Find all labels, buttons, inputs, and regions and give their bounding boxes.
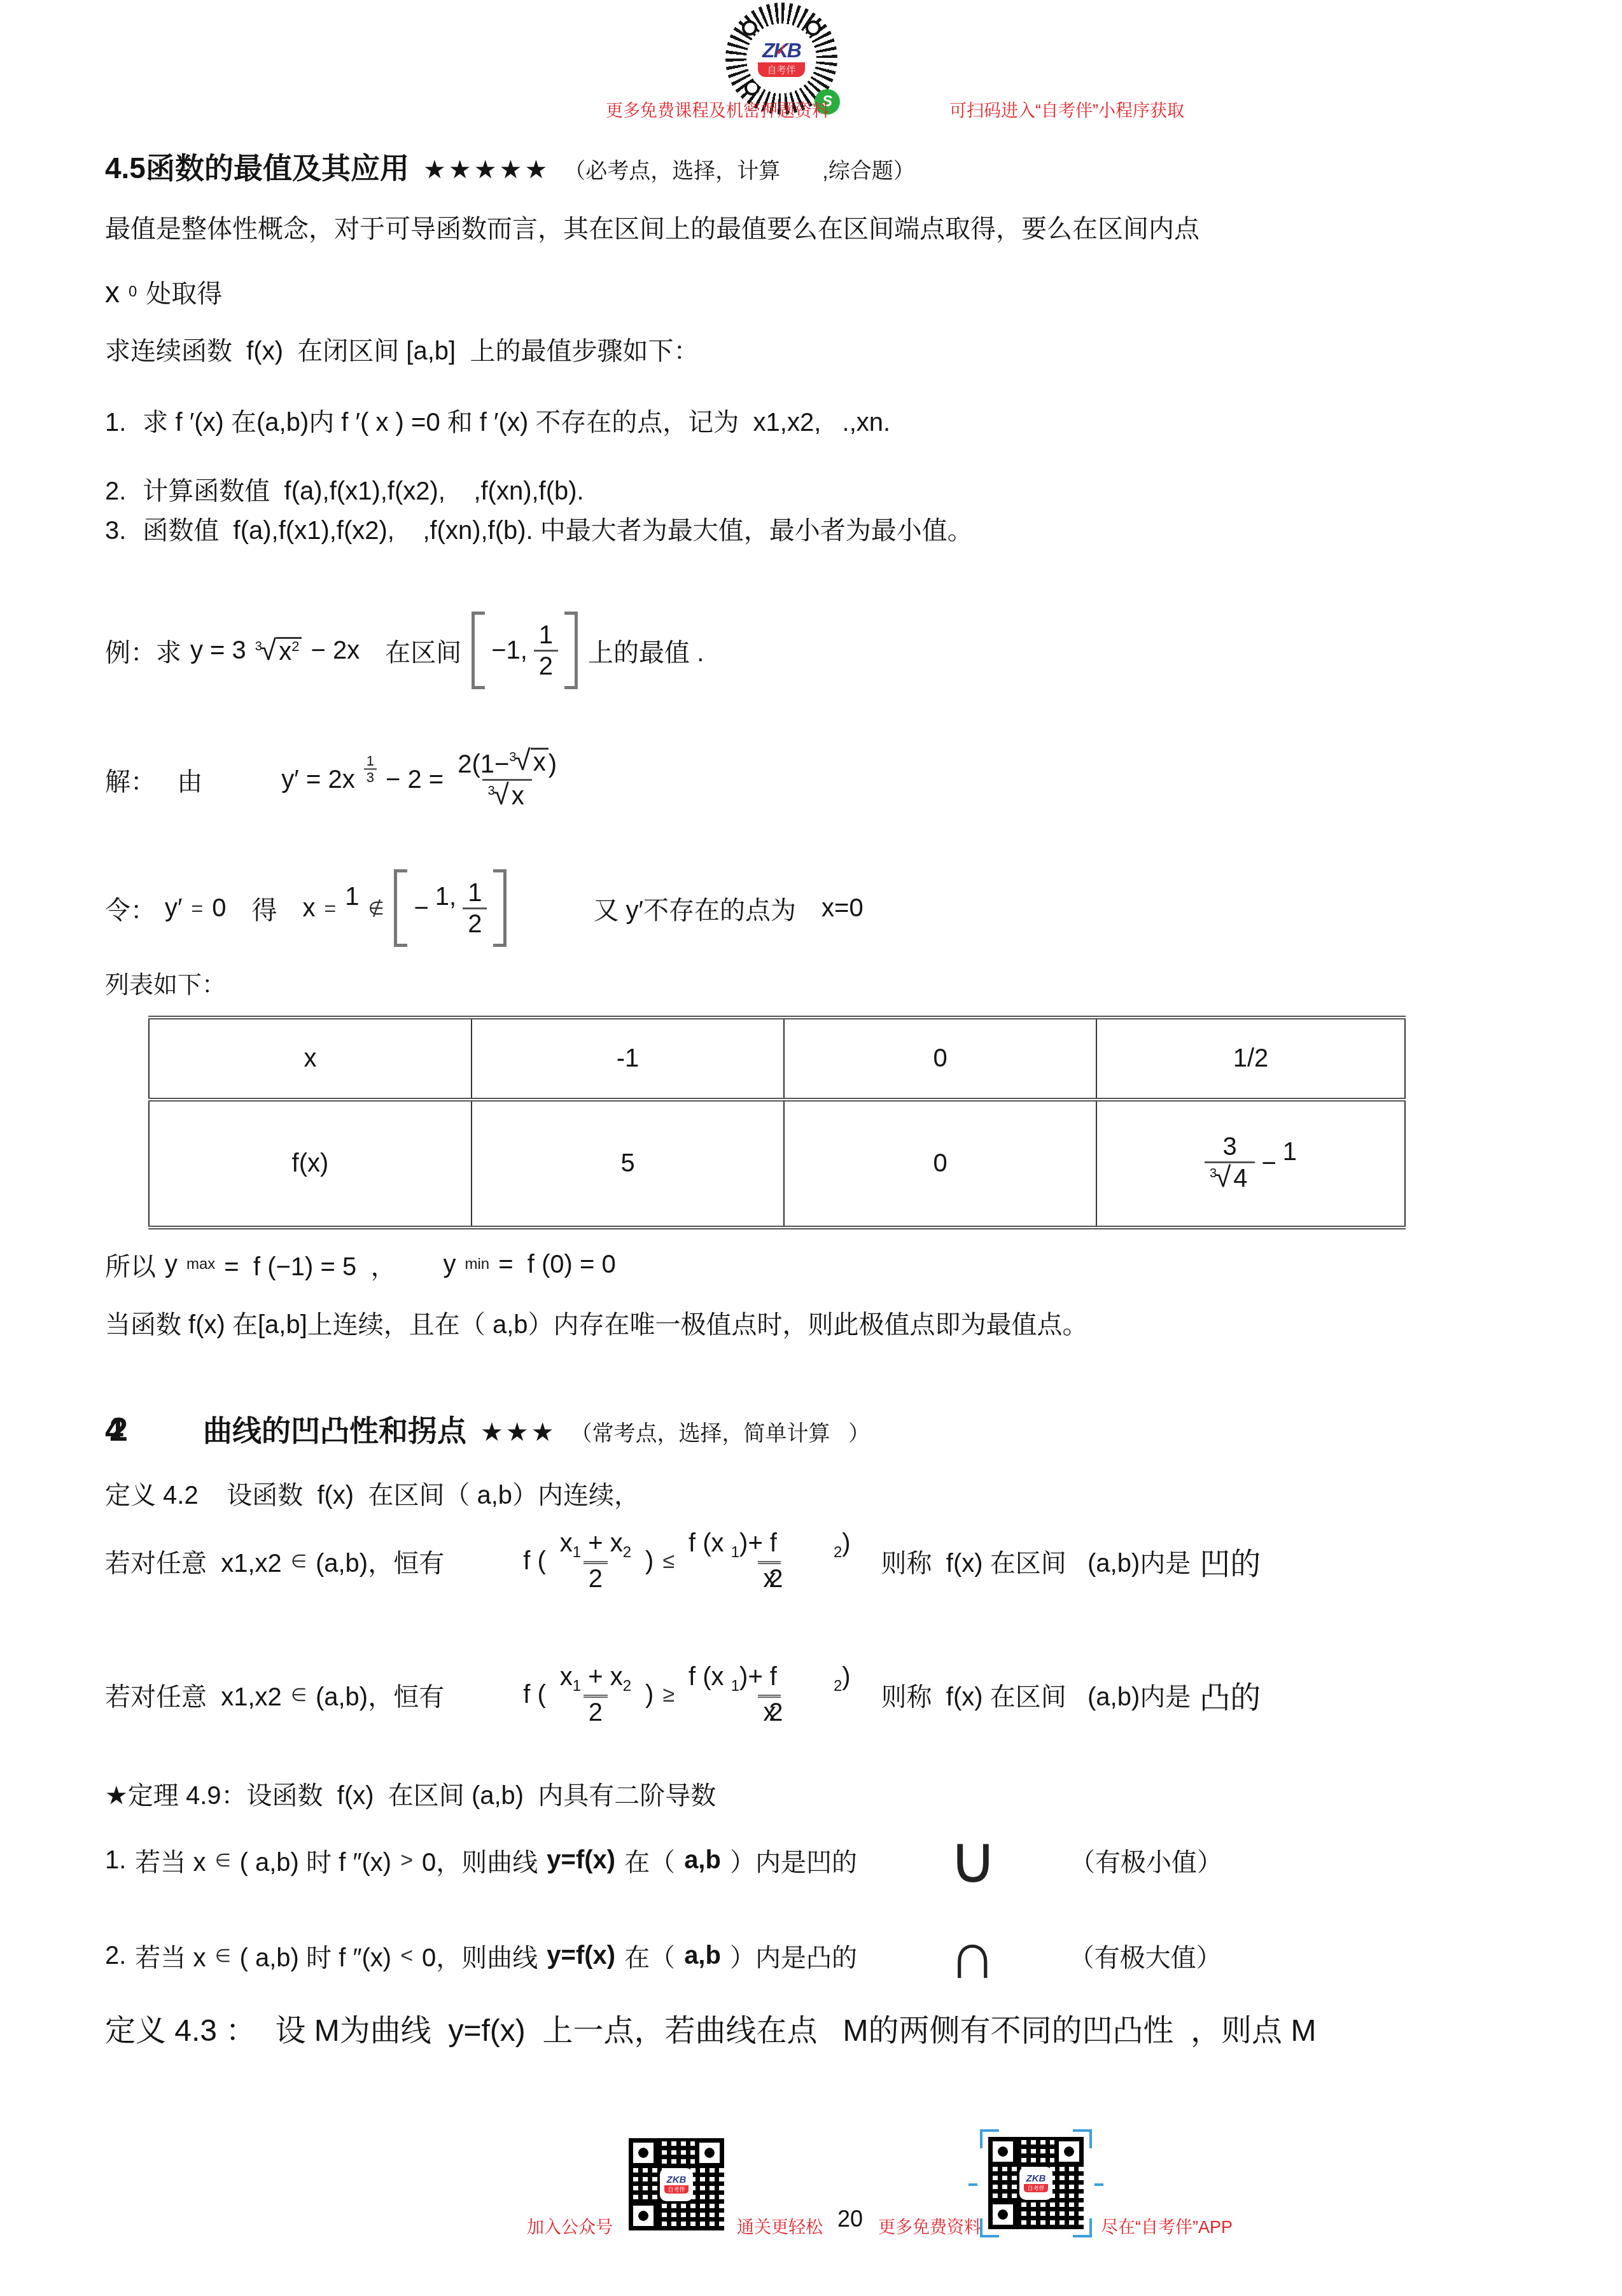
- exam-tags: （必考点，选择，计算 ,综合题）: [564, 153, 915, 185]
- footer-more-label: 更多免费资料: [878, 2213, 981, 2238]
- formula-token: y: [443, 1250, 456, 1279]
- formula-token: ): [645, 1681, 654, 1709]
- section-4-2-heading: 42 曲线的凹凸性和拐点 ★★★ （常考点，选择，简单计算 ）: [105, 1408, 870, 1450]
- formula-token: y = 3: [190, 636, 246, 665]
- formula-token: )+ f: [739, 1663, 834, 1691]
- theorem-item-1: 1. 若当 x ∈ ( a,b) 时 f ″(x) > 0，则曲线 y=f(x)…: [105, 1819, 1222, 1901]
- qr-finder-icon: [988, 2200, 1017, 2229]
- formula-token: y′: [165, 894, 183, 923]
- numerator: 2(1−3√x): [452, 746, 562, 779]
- importance-stars: ★★★: [480, 1418, 557, 1447]
- formula-token: x: [302, 894, 315, 923]
- denominator: 3√4: [1205, 1161, 1255, 1196]
- formula-token: f (: [523, 1681, 546, 1709]
- formula-token: −: [414, 894, 428, 923]
- paragraph-max-concept: 最值是整体性概念，对于可导函数而言，其在区间上的最值要么在区间端点取得，要么在区…: [105, 209, 1199, 245]
- subscript: 1: [731, 1677, 739, 1695]
- formula-token: − 2x: [311, 636, 360, 665]
- step-3: 3. 函数值 f(a),f(x1),f(x2), ,f(xn),f(b). 中最…: [105, 510, 973, 547]
- subscript-min: min: [465, 1256, 489, 1273]
- formula-token: x=0: [821, 894, 863, 923]
- section-number: 42: [105, 1411, 128, 1449]
- formula-token: 得: [251, 890, 277, 927]
- formula-token: )+ f: [739, 1529, 834, 1557]
- convex-word: 凸的: [1199, 1673, 1261, 1717]
- formula-token: 若对任意 x1,x2: [105, 1543, 282, 1579]
- numerator: x1 + x2: [555, 1529, 636, 1562]
- step-number: 1.: [105, 409, 126, 437]
- table-cell: 0: [784, 1100, 1096, 1228]
- step-number: 3.: [105, 517, 126, 545]
- formula-token: 0: [212, 894, 226, 923]
- qr-finder-icon: [695, 2138, 724, 2167]
- qr-finder-icon: [629, 2138, 658, 2167]
- footer-app-label: 尽在“自考伴”APP: [1101, 2213, 1233, 2238]
- left-bracket: [472, 612, 485, 689]
- check-icon: ✓: [773, 39, 789, 60]
- header-right-note: 可扫码进入“自考伴”小程序获取: [949, 97, 1184, 122]
- exponent-fraction: 13: [364, 753, 377, 785]
- let-label: 令：: [105, 890, 156, 927]
- formula-token: 若当 x: [135, 1938, 206, 1974]
- definition-body: 设 M为曲线 y=f(x) 上一点，若曲线在点 M的两侧有不同的凹凸性 ，则点 …: [275, 2006, 1316, 2050]
- table-cell: x: [149, 1018, 472, 1100]
- page-number: 20: [837, 2206, 863, 2232]
- interval-bracket: −1, 12: [470, 612, 579, 689]
- step-text: 求 f ′(x) 在(a,b)内 f ′( x ) =0 和 f ′(x) 不存…: [143, 402, 890, 438]
- zkb-logo-text: ZKB: [1026, 2174, 1046, 2183]
- relation-sign: ≥: [662, 1683, 675, 1707]
- radicand: x2: [276, 637, 302, 664]
- footer-qr-code-right: ZKB 自考伴: [988, 2137, 1084, 2229]
- exponent: 2: [291, 638, 299, 654]
- formula-token: x: [560, 1663, 573, 1691]
- numerator: x1 + x2: [555, 1662, 636, 1695]
- radical-sign: √: [1215, 1163, 1231, 1192]
- footer-pass-label: 通关更轻松: [737, 2213, 823, 2238]
- element-sign: ∈: [214, 1849, 230, 1872]
- formula-token: ( a,b) 时 f ″(x): [240, 1842, 392, 1879]
- subscript-max: max: [186, 1256, 215, 1273]
- concave-condition-line: 若对任意 x1,x2 ∈ (a,b)，恒有 f ( x1 + x2 2 ) ≤ …: [105, 1520, 1261, 1602]
- viewfinder-dash-icon: [1094, 2183, 1103, 2186]
- relation-sign: >: [400, 1848, 413, 1873]
- numerator: 1: [534, 620, 558, 650]
- fraction: f (x 1)+ f 2) x2: [683, 1529, 856, 1594]
- formula-token: 又 y′不存在的点为: [593, 890, 796, 927]
- section-4-5-heading: 4.5函数的最值及其应用 ★★★★★ （必考点，选择，计算 ,综合题）: [105, 145, 915, 187]
- formula-token: y=f(x): [547, 1942, 615, 1970]
- radicand: x: [531, 748, 549, 775]
- definition-head: 定义 4.3 ：: [105, 2006, 256, 2050]
- denominator: 3: [364, 769, 377, 785]
- numerator: 1: [463, 878, 487, 907]
- denominator: 2: [534, 650, 558, 681]
- denominator: 3√x: [482, 779, 531, 813]
- subscript: 2: [834, 1677, 842, 1695]
- formula-token: − 2 =: [386, 766, 444, 794]
- note-unique-extremum: 当函数 f(x) 在[a,b]上连续，且在（ a,b）内存在唯一极值点时，则此极…: [105, 1305, 1088, 1341]
- section-title: 4.5函数的最值及其应用: [105, 145, 409, 187]
- formula-token: f (x: [689, 1663, 731, 1691]
- cap-symbol: ∩: [949, 1922, 996, 1989]
- radicand: x: [509, 783, 527, 809]
- step-text: 计算函数值 f(a),f(x1),f(x2), ,f(xn),f(b).: [143, 471, 584, 507]
- radical-sign: √: [493, 781, 509, 809]
- table-cell: 5: [472, 1100, 784, 1228]
- paragraph-steps-intro: 求连续函数 f(x) 在闭区间 [a,b] 上的最值步骤如下：: [105, 331, 699, 367]
- formula-token: 在区间: [385, 633, 461, 669]
- scanned-study-notes-page: ZKB ✓ 自考伴 S 更多免费课程及机密押题资料 可扫码进入“自考伴”小程序获…: [0, 0, 1622, 2296]
- conclusion-line: 所以 ymax = f (−1) = 5 ， ymin = f (0) = 0: [105, 1242, 616, 1287]
- theorem-4-9: ★定理 4.9：设函数 f(x) 在区间 (a,b) 内具有二阶导数: [105, 1775, 716, 1812]
- formula-token: 所以: [105, 1247, 156, 1283]
- viewfinder-dash-icon: [968, 2183, 977, 2186]
- formula-token: ( a,b) 时 f ″(x): [240, 1938, 392, 1974]
- formula-token: y′ = 2x: [281, 766, 354, 794]
- subscript: 2: [623, 1677, 631, 1695]
- not-element-sign: ∉: [368, 897, 384, 920]
- formula-token: −1,: [491, 636, 528, 665]
- theorem-item-2: 2. 若当 x ∈ ( a,b) 时 f ″(x) < 0，则曲线 y=f(x)…: [105, 1914, 1222, 1997]
- step-number: 2.: [105, 477, 126, 506]
- right-bracket: [493, 869, 507, 947]
- formula-token: f (x: [689, 1529, 731, 1557]
- formula-token: y=f(x): [547, 1846, 615, 1875]
- formula-token: (a,b)，恒有: [316, 1543, 444, 1579]
- qr-viewfinder: ZKB 自考伴: [980, 2129, 1092, 2237]
- radicand: 4: [1231, 1166, 1250, 1191]
- denominator: 2: [463, 907, 487, 939]
- cube-root: 3√4: [1210, 1163, 1250, 1192]
- fraction: 12: [534, 620, 558, 681]
- formula-token: 0，则曲线: [422, 1842, 538, 1879]
- table-cell: f(x): [149, 1100, 472, 1228]
- example-formula-line: 例：求 y = 3 3√x2 − 2x 在区间 −1, 12 上的最值 .: [105, 606, 704, 695]
- formula-token: y: [165, 1250, 178, 1279]
- left-bracket: [394, 869, 407, 947]
- footer-join-label: 加入公众号: [527, 2213, 613, 2238]
- zkb-logo-text: ZKB: [667, 2175, 687, 2185]
- zkb-logo-ribbon: 自考伴: [758, 62, 804, 77]
- footer-qr-code-left: ZKB 自考伴: [629, 2138, 724, 2230]
- denominator: x2: [758, 1561, 781, 1593]
- x-subscript: 0: [129, 283, 137, 301]
- subscript: 2: [623, 1544, 631, 1561]
- parenthetical-note: （有极小值）: [1070, 1842, 1222, 1879]
- formula-token: ）内是凸的: [730, 1938, 857, 1974]
- formula-token: (a,b)，恒有: [316, 1677, 444, 1713]
- formula-token: = f (−1) = 5 ，: [224, 1247, 396, 1283]
- step-text: 函数值 f(a),f(x1),f(x2), ,f(xn),f(b). 中最大者为…: [143, 510, 972, 547]
- fraction: 3 3√4: [1205, 1132, 1255, 1196]
- subscript: 1: [573, 1677, 581, 1695]
- denominator: 2: [584, 1695, 608, 1727]
- formula-token: 在（: [624, 1842, 675, 1879]
- formula-token: 0，则曲线: [422, 1938, 538, 1974]
- qr-eye-icon: [806, 20, 821, 36]
- step-2: 2. 计算函数值 f(a),f(x1),f(x2), ,f(xn),f(b).: [105, 471, 584, 507]
- exam-tags: （常考点，选择，简单计算 ）: [571, 1416, 870, 1447]
- zkb-logo-ribbon: 自考伴: [1024, 2184, 1047, 2192]
- formula-token: x: [279, 638, 291, 666]
- element-sign: ∈: [291, 1684, 307, 1706]
- interval-bracket: − 1, 12: [393, 869, 508, 947]
- header-left-note: 更多免费课程及机密押题资料: [606, 97, 829, 122]
- formula-token: x: [560, 1529, 573, 1557]
- table-cell: -1: [472, 1018, 784, 1100]
- zkb-mini-logo: ZKB 自考伴: [1021, 2168, 1051, 2199]
- formula-token: 2(1−: [458, 750, 509, 778]
- solution-label: 解： 由: [105, 762, 202, 798]
- equals-sign: =: [192, 897, 204, 920]
- table-cell: 1/2: [1096, 1018, 1405, 1100]
- formula-token: 若当 x: [135, 1842, 206, 1879]
- formula-token: 1: [345, 883, 359, 911]
- definition-4-3: 定义 4.3 ： 设 M为曲线 y=f(x) 上一点，若曲线在点 M的两侧有不同…: [105, 2006, 1316, 2050]
- zkb-mini-logo: ZKB 自考伴: [661, 2169, 692, 2200]
- root-index: 3: [1210, 1167, 1217, 1180]
- formula: 3 3√4 − 1: [1205, 1132, 1297, 1196]
- denominator: 2: [584, 1561, 608, 1593]
- qr-finder-icon: [629, 2201, 658, 2230]
- formula-token: ): [645, 1547, 654, 1576]
- formula-token: 1,: [435, 883, 456, 911]
- formula-token: 若对任意 x1,x2: [105, 1677, 282, 1713]
- formula-token: 1: [1283, 1138, 1297, 1166]
- numerator: 3: [1218, 1132, 1242, 1161]
- denominator: x2: [758, 1695, 781, 1727]
- solution-formula-line: 解： 由 y′ = 2x 13 − 2 = 2(1−3√x) 3√x: [105, 725, 562, 834]
- subscript: 1: [731, 1544, 739, 1561]
- subscript: 1: [573, 1544, 581, 1561]
- definition-4-2: 定义 4.2 设函数 f(x) 在区间（ a,b）内连续，: [105, 1475, 640, 1511]
- importance-stars: ★★★★★: [423, 155, 550, 185]
- table-cell-formula: 3 3√4 − 1: [1096, 1100, 1405, 1228]
- table-cell: 0: [784, 1018, 1096, 1100]
- numerator: 1: [367, 753, 374, 768]
- value-table: x -1 0 1/2 f(x) 5 0 3 3√4 − 1: [148, 1016, 1406, 1229]
- cube-root: 3√x: [487, 781, 526, 809]
- formula-token: + x: [581, 1529, 623, 1557]
- element-sign: ∈: [214, 1945, 230, 1967]
- formula-token: + x: [581, 1663, 623, 1691]
- formula-token: 在（: [624, 1938, 675, 1974]
- formula-token: = f (0) = 0: [498, 1250, 616, 1279]
- element-sign: ∈: [291, 1550, 307, 1572]
- qr-finder-icon: [1054, 2137, 1084, 2166]
- numerator: f (x 1)+ f 2): [683, 1529, 856, 1562]
- formula-token: f (: [523, 1547, 546, 1576]
- cup-symbol: ∪: [949, 1827, 997, 1893]
- zkb-logo: ZKB ✓ 自考伴: [746, 24, 816, 94]
- cube-root: 3√x: [509, 746, 548, 775]
- right-bracket: [564, 612, 578, 689]
- qr-finder-icon: [988, 2137, 1017, 2166]
- formula-token: a,b: [684, 1846, 721, 1875]
- fraction: 2(1−3√x) 3√x: [452, 746, 562, 813]
- x-symbol: x: [105, 275, 120, 309]
- parenthetical-note: （有极大值）: [1069, 1938, 1222, 1974]
- root-index: 3: [487, 785, 494, 797]
- subscript: 2: [834, 1544, 842, 1561]
- fraction: 12: [463, 878, 487, 939]
- formula-token: 则称 f(x) 在区间 (a,b)内是: [881, 1677, 1191, 1713]
- numerator: f (x 1)+ f 2): [683, 1662, 856, 1695]
- qr-eye-icon: [742, 20, 757, 36]
- minus-sign: −: [1261, 1149, 1276, 1178]
- formula-token: ）内是凹的: [730, 1842, 857, 1879]
- radical-sign: √: [261, 636, 277, 665]
- fraction: f (x 1)+ f 2) x2: [683, 1662, 856, 1728]
- step-1: 1. 求 f ′(x) 在(a,b)内 f ′( x ) =0 和 f ′(x)…: [105, 402, 890, 438]
- let-formula-line: 令： y′ = 0 得 x = 1 ∉ − 1, 12 又 y′不存在的点为 x…: [105, 860, 863, 956]
- table-row: x -1 0 1/2: [149, 1018, 1405, 1100]
- paragraph-x0: x0 处取得: [105, 274, 222, 310]
- table-intro-label: 列表如下：: [105, 965, 226, 1000]
- formula-token: ): [842, 1663, 850, 1691]
- concave-word: 凹的: [1199, 1539, 1261, 1583]
- fraction: x1 + x2 2: [555, 1662, 636, 1728]
- root-index: 3: [509, 751, 516, 764]
- fraction: x1 + x2 2: [555, 1529, 636, 1594]
- root-index: 3: [255, 640, 262, 653]
- item-number: 1.: [105, 1846, 126, 1875]
- equals-sign: =: [324, 897, 336, 920]
- convex-condition-line: 若对任意 x1,x2 ∈ (a,b)，恒有 f ( x1 + x2 2 ) ≥ …: [105, 1653, 1261, 1736]
- relation-sign: ≤: [662, 1549, 675, 1574]
- zkb-logo-ribbon: 自考伴: [664, 2185, 688, 2194]
- relation-sign: <: [400, 1943, 413, 1968]
- formula-token: 则称 f(x) 在区间 (a,b)内是: [881, 1543, 1191, 1579]
- example-label: 例：求: [105, 633, 181, 669]
- formula-token: a,b: [684, 1942, 721, 1970]
- item-number: 2.: [105, 1942, 126, 1970]
- x0-rest: 处取得: [146, 274, 222, 310]
- formula-token: ): [549, 750, 557, 778]
- table-row: f(x) 5 0 3 3√4 − 1: [149, 1100, 1405, 1228]
- section-title: 曲线的凹凸性和拐点: [203, 1408, 466, 1450]
- formula-token: ): [842, 1529, 850, 1557]
- cube-root: 3√x2: [255, 636, 302, 665]
- radical-sign: √: [515, 746, 531, 775]
- formula-token: 上的最值 .: [588, 633, 704, 669]
